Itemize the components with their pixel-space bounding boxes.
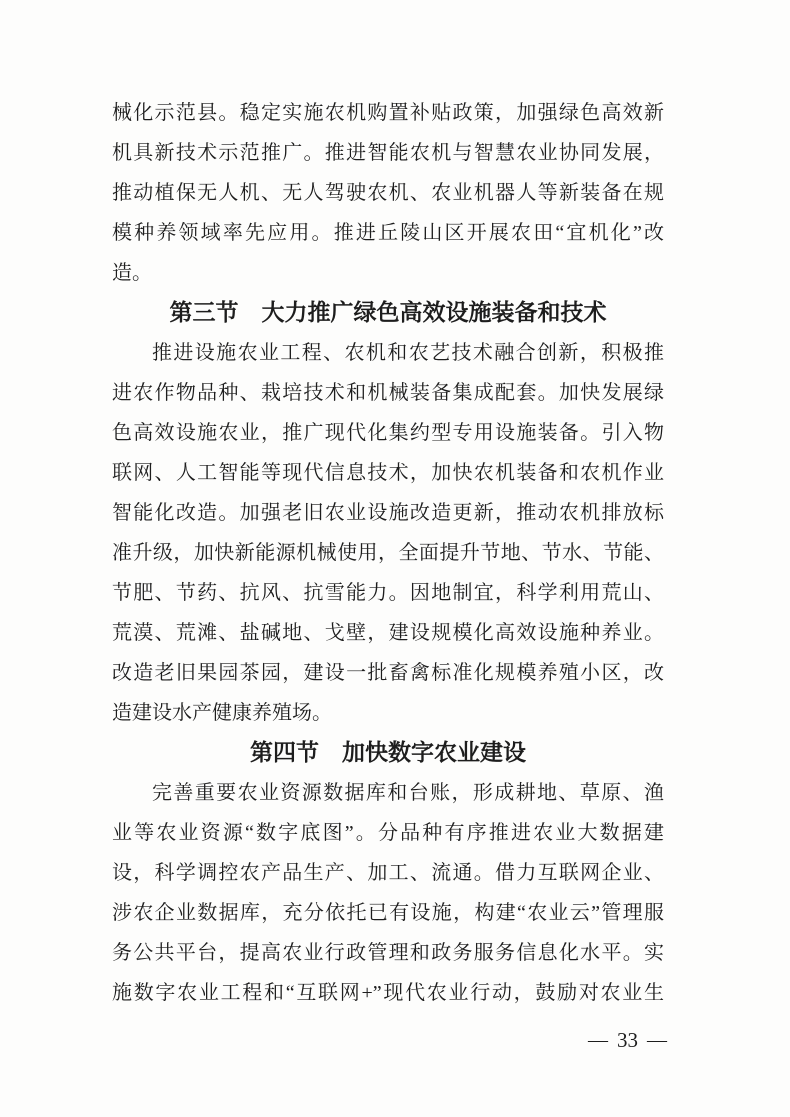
page-number-left-dash: — — [588, 1024, 608, 1056]
body-line: 推动植保无人机、无人驾驶农机、农业机器人等新装备在规 — [112, 173, 664, 213]
body-line: 施数字农业工程和“互联网+”现代农业行动，鼓励对农业生 — [112, 973, 664, 1013]
body-line: 进农作物品种、栽培技术和机械装备集成配套。加快发展绿 — [112, 373, 664, 413]
body-line: 推进设施农业工程、农机和农艺技术融合创新，积极推 — [112, 333, 664, 373]
page-number: — 33 — — [588, 1024, 667, 1056]
body-line: 造。 — [112, 253, 664, 293]
body-line: 设，科学调控农产品生产、加工、流通。借力互联网企业、 — [112, 853, 664, 893]
page-number-value: 33 — [617, 1024, 638, 1056]
section-4-heading: 第四节 加快数字农业建设 — [112, 733, 664, 773]
body-line: 涉农企业数据库，充分依托已有设施，构建“农业云”管理服 — [112, 893, 664, 933]
body-line: 业等农业资源“数字底图”。分品种有序推进农业大数据建 — [112, 813, 664, 853]
body-line: 准升级，加快新能源机械使用，全面提升节地、节水、节能、 — [112, 533, 664, 573]
body-line: 荒漠、荒滩、盐碱地、戈壁，建设规模化高效设施种养业。 — [112, 613, 664, 653]
body-line: 务公共平台，提高农业行政管理和政务服务信息化水平。实 — [112, 933, 664, 973]
body-line: 械化示范县。稳定实施农机购置补贴政策，加强绿色高效新 — [112, 93, 664, 133]
document-page: 械化示范县。稳定实施农机购置补贴政策，加强绿色高效新 机具新技术示范推广。推进智… — [0, 0, 790, 1117]
body-line: 模种养领域率先应用。推进丘陵山区开展农田“宜机化”改 — [112, 213, 664, 253]
body-line: 完善重要农业资源数据库和台账，形成耕地、草原、渔 — [112, 773, 664, 813]
body-text-block: 械化示范县。稳定实施农机购置补贴政策，加强绿色高效新 机具新技术示范推广。推进智… — [112, 93, 664, 1013]
section-3-heading: 第三节 大力推广绿色高效设施装备和技术 — [112, 293, 664, 333]
page-number-right-dash: — — [647, 1024, 667, 1056]
body-line: 节肥、节药、抗风、抗雪能力。因地制宜，科学利用荒山、 — [112, 573, 664, 613]
body-line: 造建设水产健康养殖场。 — [112, 693, 664, 733]
body-line: 色高效设施农业，推广现代化集约型专用设施装备。引入物 — [112, 413, 664, 453]
body-line: 改造老旧果园茶园，建设一批畜禽标准化规模养殖小区，改 — [112, 653, 664, 693]
body-line: 联网、人工智能等现代信息技术，加快农机装备和农机作业 — [112, 453, 664, 493]
body-line: 机具新技术示范推广。推进智能农机与智慧农业协同发展， — [112, 133, 664, 173]
body-line: 智能化改造。加强老旧农业设施改造更新，推动农机排放标 — [112, 493, 664, 533]
